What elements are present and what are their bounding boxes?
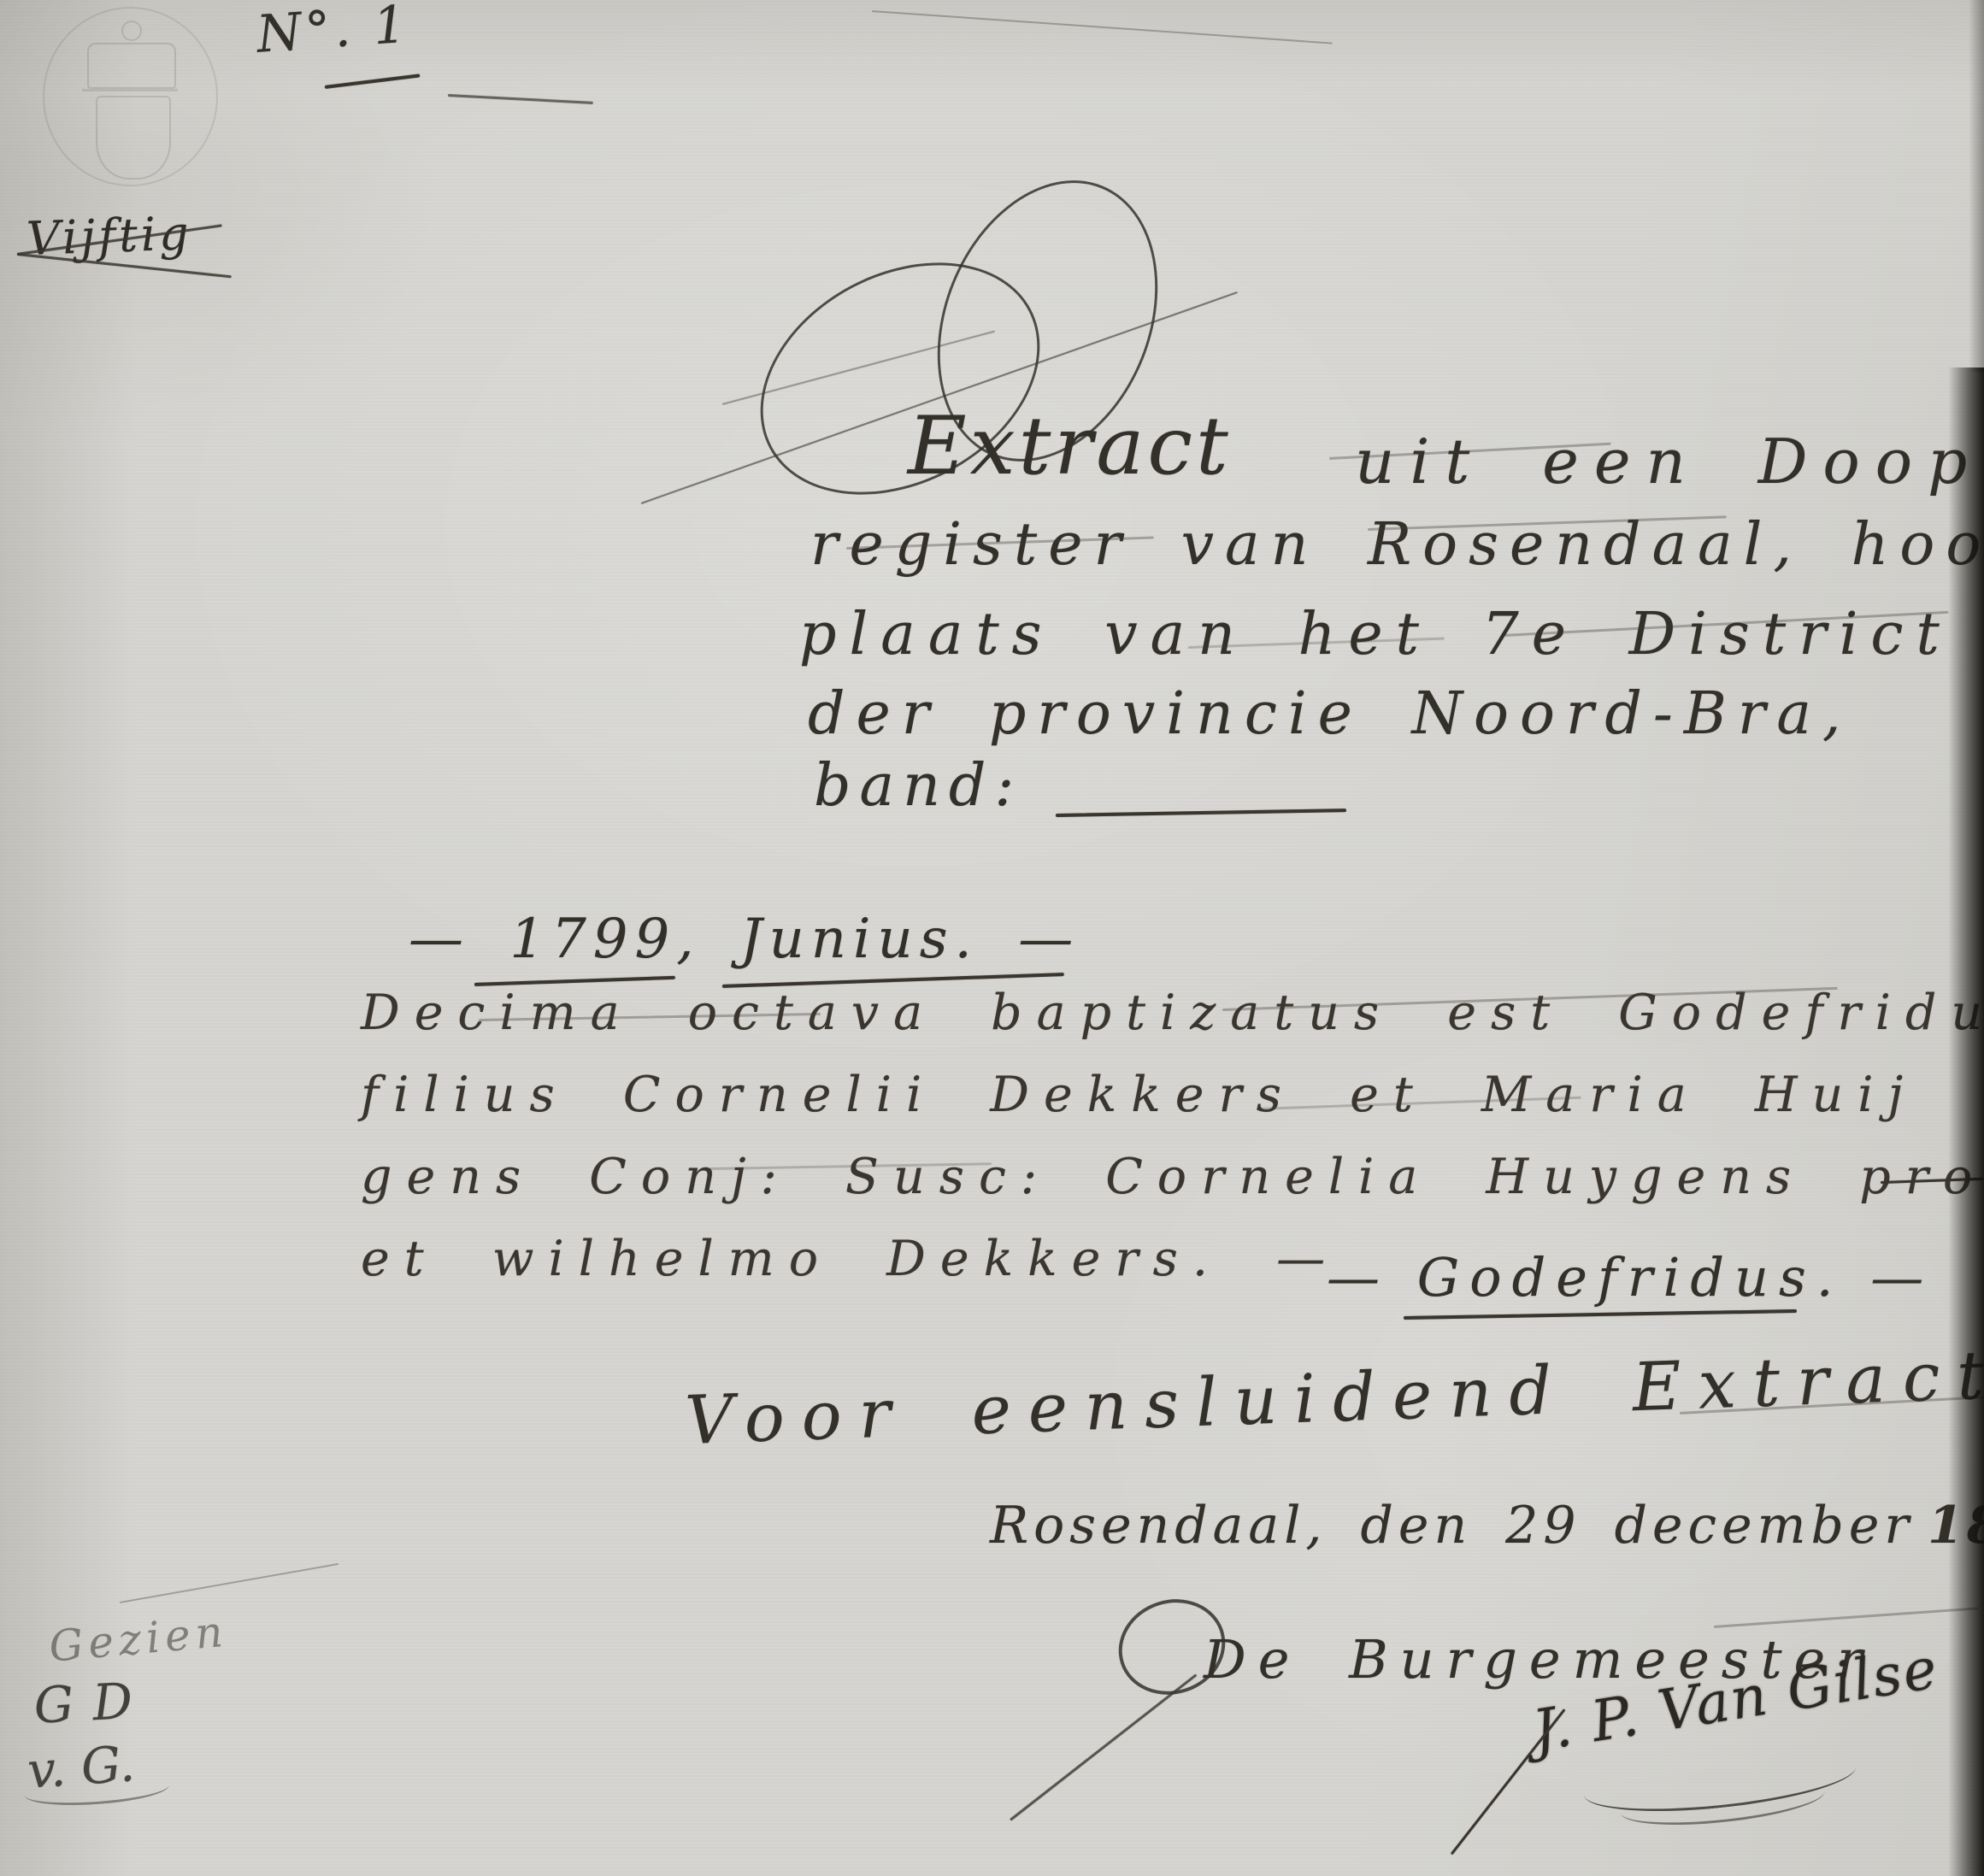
heading-line2: register van Rosendaal, hoofd xyxy=(810,511,1984,579)
binding-shadow-upper xyxy=(1969,0,1984,372)
act-number-underline xyxy=(325,74,421,89)
crease-line xyxy=(872,10,1333,44)
body-line3: gens Conj: Susc: Cornelia Huygens pro se xyxy=(361,1149,1984,1205)
margin-note-flourish xyxy=(120,1563,339,1603)
stray-ink-line xyxy=(448,94,593,104)
attestation-line: Voor eensluidend Extract xyxy=(684,1337,1984,1460)
embossed-crown-seal-icon xyxy=(43,7,218,186)
scanned-baptism-extract-page: N°. 1 Vijftig Extract uit een Doop regis… xyxy=(0,0,1984,1876)
date-heading: — 1799, Junius. — xyxy=(409,908,1080,971)
heading-line3: plaats van het 7e District xyxy=(799,601,1952,668)
seal-band xyxy=(82,89,178,91)
body-line2: filius Cornelii Dekkers et Maria Huij xyxy=(361,1067,1917,1123)
seal-shield xyxy=(96,96,171,179)
child-name-underline xyxy=(1404,1309,1797,1320)
body-line1: Decima octava baptizatus est Godefridus, xyxy=(361,985,1984,1041)
signature-descender xyxy=(1451,1708,1566,1855)
seal-crown xyxy=(87,43,176,89)
pencil-strike xyxy=(1714,1607,1978,1628)
margin-initials-a: G D xyxy=(32,1672,136,1735)
heading-line4: der provincie Noord-Bra, xyxy=(808,680,1852,748)
heading-line1-rest: uit een Doop xyxy=(1355,426,1982,497)
flourish-capital-d-tail xyxy=(1010,1673,1197,1820)
place-date-text: Rosendaal, den 29 december xyxy=(990,1496,1914,1555)
body-line4: et wilhelmo Dekkers. — xyxy=(361,1231,1339,1287)
binding-shadow-lower xyxy=(1948,368,1984,1876)
heading-end-dash xyxy=(1056,809,1346,817)
child-name: — Godefridus. — xyxy=(1327,1246,1934,1308)
heading-line5: band: xyxy=(814,752,1022,820)
heading-word-extract: Extract xyxy=(908,400,1232,493)
act-number: N°. 1 xyxy=(255,0,411,65)
place-date-line: Rosendaal, den 29 december1821 xyxy=(990,1496,1984,1555)
margin-note-seen: Gezien xyxy=(47,1607,230,1672)
seal-orb xyxy=(121,21,142,41)
